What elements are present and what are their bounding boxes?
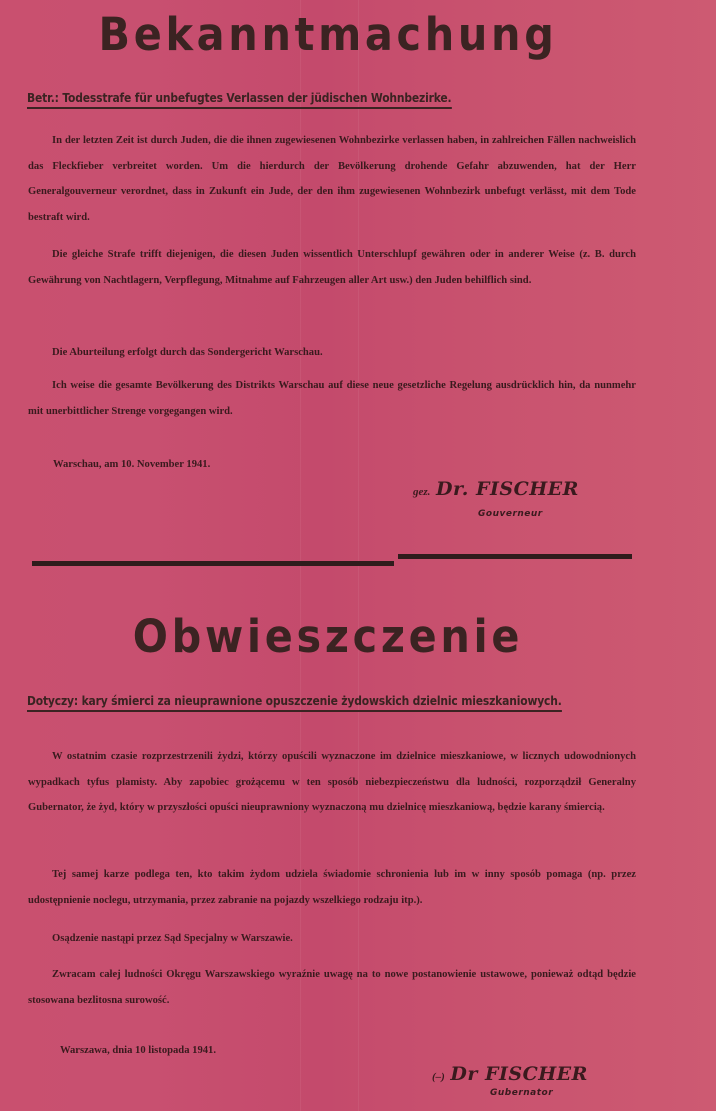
german-paragraph-2: Die gleiche Strafe trifft diejenigen, di… <box>28 242 636 293</box>
german-paragraph-3: Die Aburteilung erfolgt durch das Sonder… <box>28 340 636 366</box>
german-date-line: Warschau, am 10. November 1941. <box>53 459 210 470</box>
polish-paragraph-3: Osądzenie nastąpi przez Sąd Specjalny w … <box>28 926 636 952</box>
german-signature-title: Gouverneur <box>478 509 543 519</box>
signature-name: Dr. FISCHER <box>436 478 579 500</box>
polish-paragraph-4: Zwracam całej ludności Okręgu Warszawski… <box>28 962 636 1013</box>
polish-date-line: Warszawa, dnia 10 listopada 1941. <box>60 1045 216 1056</box>
german-paragraph-4: Ich weise die gesamte Bevölkerung des Di… <box>28 373 636 424</box>
polish-subject-line: Dotyczy: kary śmierci za nieuprawnione o… <box>27 693 562 712</box>
polish-signature-title: Gubernator <box>490 1088 553 1098</box>
polish-signature: (–) Dr FISCHER <box>432 1063 588 1085</box>
german-signature: gez. Dr. FISCHER <box>413 478 579 500</box>
signature-prefix: gez. <box>413 486 430 498</box>
signature-name: Dr FISCHER <box>450 1063 588 1085</box>
polish-paragraph-2: Tej samej karze podlega ten, kto takim ż… <box>28 862 636 913</box>
divider-rule-left <box>32 561 394 566</box>
divider-rule-right <box>398 554 632 559</box>
poster-sheet: Bekanntmachung Betr.: Todesstrafe für un… <box>0 0 716 1111</box>
polish-title: Obwieszczenie <box>26 610 630 663</box>
german-subject-line: Betr.: Todesstrafe für unbefugtes Verlas… <box>27 90 451 109</box>
signature-prefix: (–) <box>432 1071 445 1083</box>
german-paragraph-1: In der letzten Zeit ist durch Juden, die… <box>28 128 636 230</box>
polish-paragraph-1: W ostatnim czasie rozprzestrzenili żydzi… <box>28 744 636 821</box>
german-title: Bekanntmachung <box>26 8 630 61</box>
